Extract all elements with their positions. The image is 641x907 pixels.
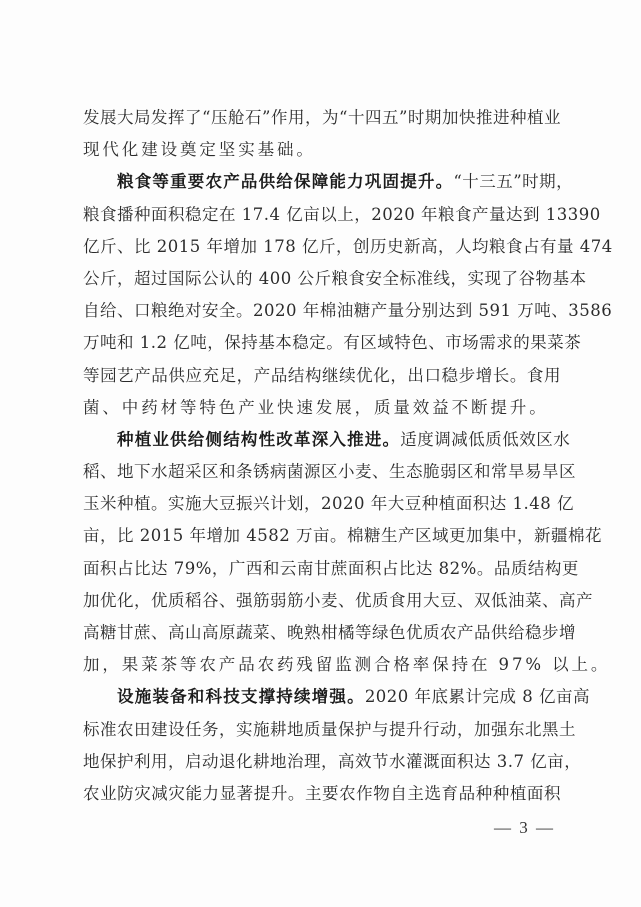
text-line: 稻、地下水超采区和条锈病菌源区小麦、生态脆弱区和常旱易旱区 [83, 456, 561, 488]
text-line: 自给、口粮绝对安全。2020 年棉油糖产量分别达到 591 万吨、3586 [83, 295, 561, 327]
line-text: 发展大局发挥了“压舱石”作用，为“十四五”时期加快推进种植业 [83, 108, 561, 127]
line-text: 高糖甘蔗、高山高原蔬菜、晚熟柑橘等绿色优质农产品供给稳步增 [83, 623, 576, 642]
paragraph-lead-heading: 粮食等重要农产品供给保障能力巩固提升。 [117, 172, 453, 191]
paragraph-heading-line: 种植业供给侧结构性改革深入推进。适度调减低质低效区水 [83, 424, 561, 456]
line-text: 农业防灾减灾能力显著提升。主要农作物自主选育品种种植面积 [83, 784, 561, 803]
paragraph-lead-heading: 种植业供给侧结构性改革深入推进。 [117, 430, 400, 449]
line-text: 地保护利用，启动退化耕地治理，高效节水灌溉面积达 3.7 亿亩， [83, 752, 581, 771]
document-page: 发展大局发挥了“压舱石”作用，为“十四五”时期加快推进种植业现代化建设奠定坚实基… [0, 0, 641, 907]
text-line: 菌、中药材等特色产业快速发展，质量效益不断提升。 [83, 392, 561, 424]
paragraph-heading-line: 设施装备和科技支撑持续增强。2020 年底累计完成 8 亿亩高 [83, 681, 561, 713]
line-text: 玉米种植。实施大豆振兴计划，2020 年大豆种植面积达 1.48 亿 [83, 494, 574, 513]
text-line: 公斤，超过国际公认的 400 公斤粮食安全标准线，实现了谷物基本 [83, 263, 561, 295]
line-text: 稻、地下水超采区和条锈病菌源区小麦、生态脆弱区和常旱易旱区 [83, 462, 576, 481]
text-line: 亩，比 2015 年增加 4582 万亩。棉糖生产区域更加集中，新疆棉花 [83, 520, 561, 552]
line-text: 菌、中药材等特色产业快速发展，质量效益不断提升。 [83, 398, 549, 417]
line-text: 亿斤、比 2015 年增加 178 亿斤，创历史新高，人均粮食占有量 474 [83, 237, 613, 256]
line-text: 现代化建设奠定坚实基础。 [83, 140, 316, 159]
line-text: 等园艺产品供应充足，产品结构继续优化，出口稳步增长。食用 [83, 366, 561, 385]
paragraph-lead-heading: 设施装备和科技支撑持续增强。 [117, 687, 365, 706]
line-text: 亩，比 2015 年增加 4582 万亩。棉糖生产区域更加集中，新疆棉花 [83, 526, 602, 545]
line-text: 加，果菜茶等农产品农药残留监测合格率保持在 97% 以上。 [83, 655, 610, 674]
line-text: 加优化，优质稻谷、强筋弱筋小麦、优质食用大豆、双低油菜、高产 [83, 591, 593, 610]
text-line: 农业防灾减灾能力显著提升。主要农作物自主选育品种种植面积 [83, 778, 561, 810]
text-line: 加，果菜茶等农产品农药残留监测合格率保持在 97% 以上。 [83, 649, 561, 681]
line-text: 万吨和 1.2 亿吨，保持基本稳定。有区域特色、市场需求的果菜茶 [83, 333, 581, 352]
paragraph-heading-line: 粮食等重要农产品供给保障能力巩固提升。“十三五”时期， [83, 166, 561, 198]
document-body: 发展大局发挥了“压舱石”作用，为“十四五”时期加快推进种植业现代化建设奠定坚实基… [83, 102, 561, 810]
line-text: 粮食播种面积稳定在 17.4 亿亩以上，2020 年粮食产量达到 13390 [83, 205, 601, 224]
text-line: 玉米种植。实施大豆振兴计划，2020 年大豆种植面积达 1.48 亿 [83, 488, 561, 520]
text-line: 地保护利用，启动退化耕地治理，高效节水灌溉面积达 3.7 亿亩， [83, 746, 561, 778]
line-text: 公斤，超过国际公认的 400 公斤粮食安全标准线，实现了谷物基本 [83, 269, 586, 288]
text-line: 等园艺产品供应充足，产品结构继续优化，出口稳步增长。食用 [83, 360, 561, 392]
line-text: 标准农田建设任务，实施耕地质量保护与提升行动，加强东北黑土 [83, 720, 576, 739]
text-line: 高糖甘蔗、高山高原蔬菜、晚熟柑橘等绿色优质农产品供给稳步增 [83, 617, 561, 649]
text-line: 亿斤、比 2015 年增加 178 亿斤，创历史新高，人均粮食占有量 474 [83, 231, 561, 263]
line-text: “十三五”时期， [453, 172, 573, 191]
text-line: 面积占比达 79%，广西和云南甘蔗面积占比达 82%。品质结构更 [83, 553, 561, 585]
line-text: 2020 年底累计完成 8 亿亩高 [365, 687, 590, 706]
text-line: 万吨和 1.2 亿吨，保持基本稳定。有区域特色、市场需求的果菜茶 [83, 327, 561, 359]
text-line: 发展大局发挥了“压舱石”作用，为“十四五”时期加快推进种植业 [83, 102, 561, 134]
page-number: — 3 — [494, 818, 555, 838]
line-text: 自给、口粮绝对安全。2020 年棉油糖产量分别达到 591 万吨、3586 [83, 301, 612, 320]
text-line: 粮食播种面积稳定在 17.4 亿亩以上，2020 年粮食产量达到 13390 [83, 199, 561, 231]
line-text: 适度调减低质低效区水 [400, 430, 570, 449]
text-line: 加优化，优质稻谷、强筋弱筋小麦、优质食用大豆、双低油菜、高产 [83, 585, 561, 617]
text-line: 现代化建设奠定坚实基础。 [83, 134, 561, 166]
line-text: 面积占比达 79%，广西和云南甘蔗面积占比达 82%。品质结构更 [83, 559, 579, 578]
text-line: 标准农田建设任务，实施耕地质量保护与提升行动，加强东北黑土 [83, 714, 561, 746]
